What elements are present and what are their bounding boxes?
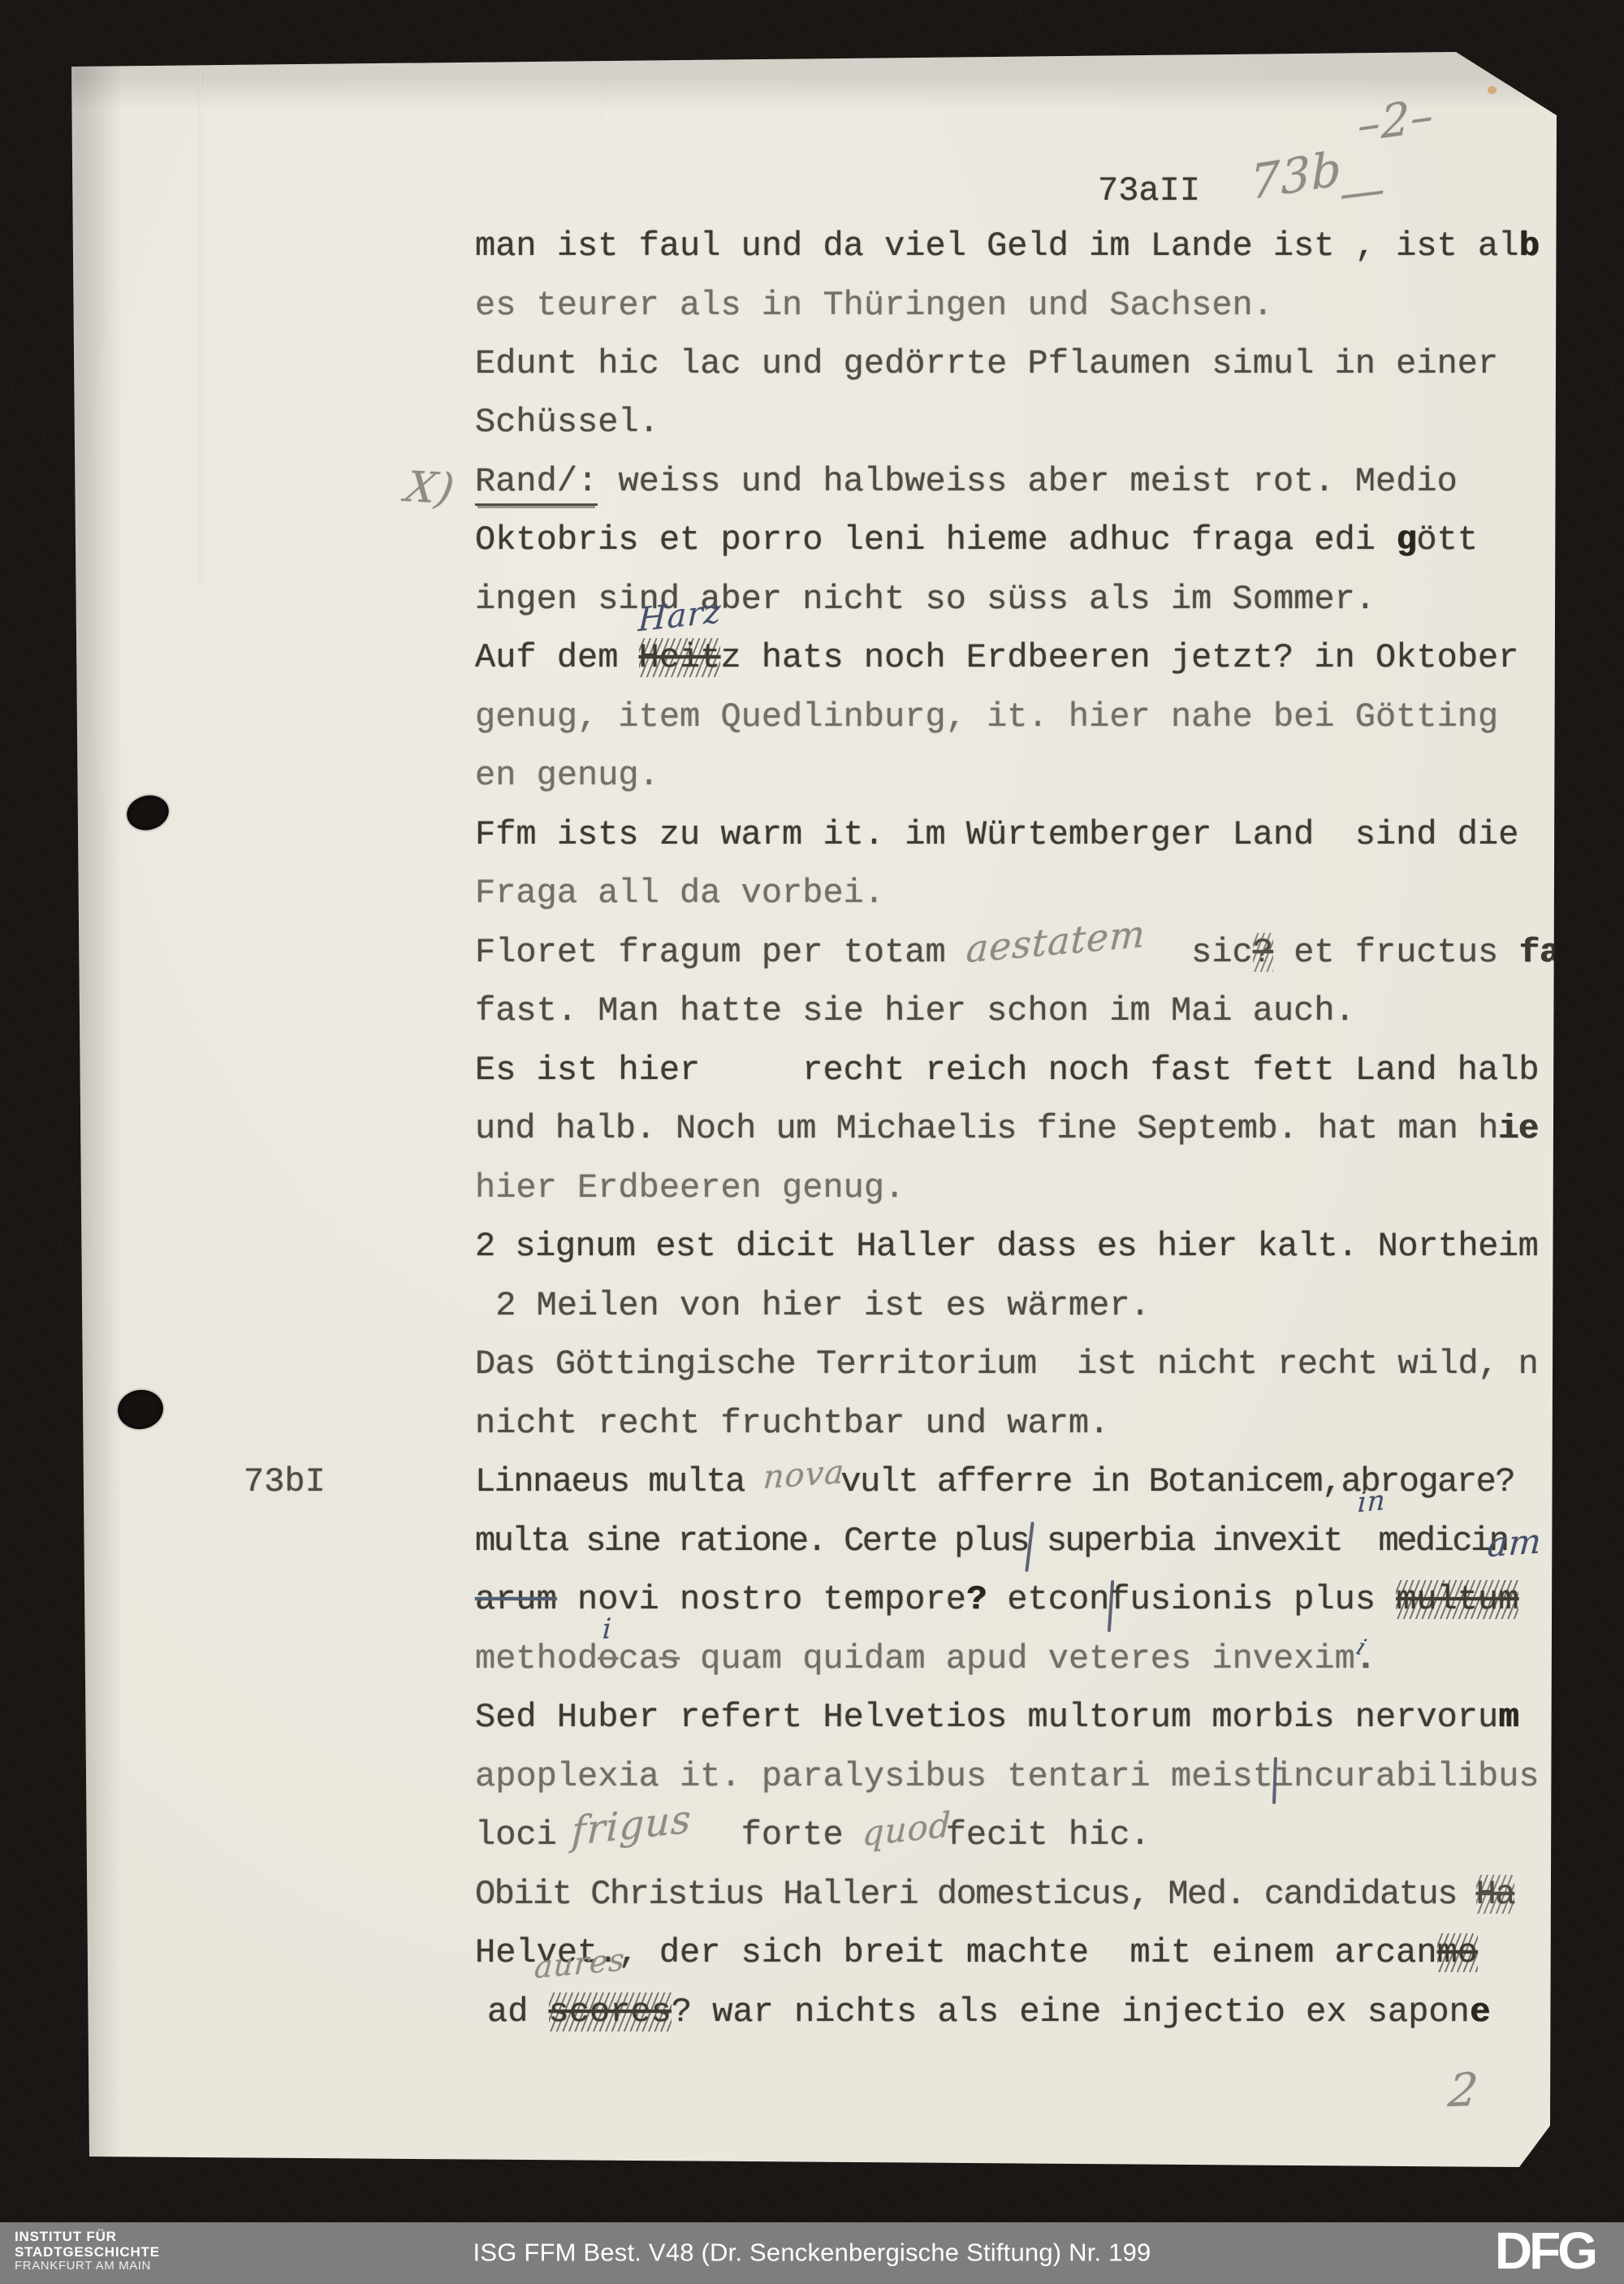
paper-stain <box>1488 86 1497 94</box>
footer-bar: INSTITUT FÜR STADTGESCHICHTE FRANKFURT A… <box>0 2222 1624 2284</box>
dfg-logo: DFG <box>1495 2221 1595 2281</box>
scan-background: 73aIIman ist faul und da viel Geld im La… <box>0 0 1624 2284</box>
paper-crease <box>198 67 202 586</box>
paper-sheet <box>0 0 1624 2284</box>
paper-crease <box>601 57 605 512</box>
archive-reference: ISG FFM Best. V48 (Dr. Senckenbergische … <box>0 2238 1624 2267</box>
